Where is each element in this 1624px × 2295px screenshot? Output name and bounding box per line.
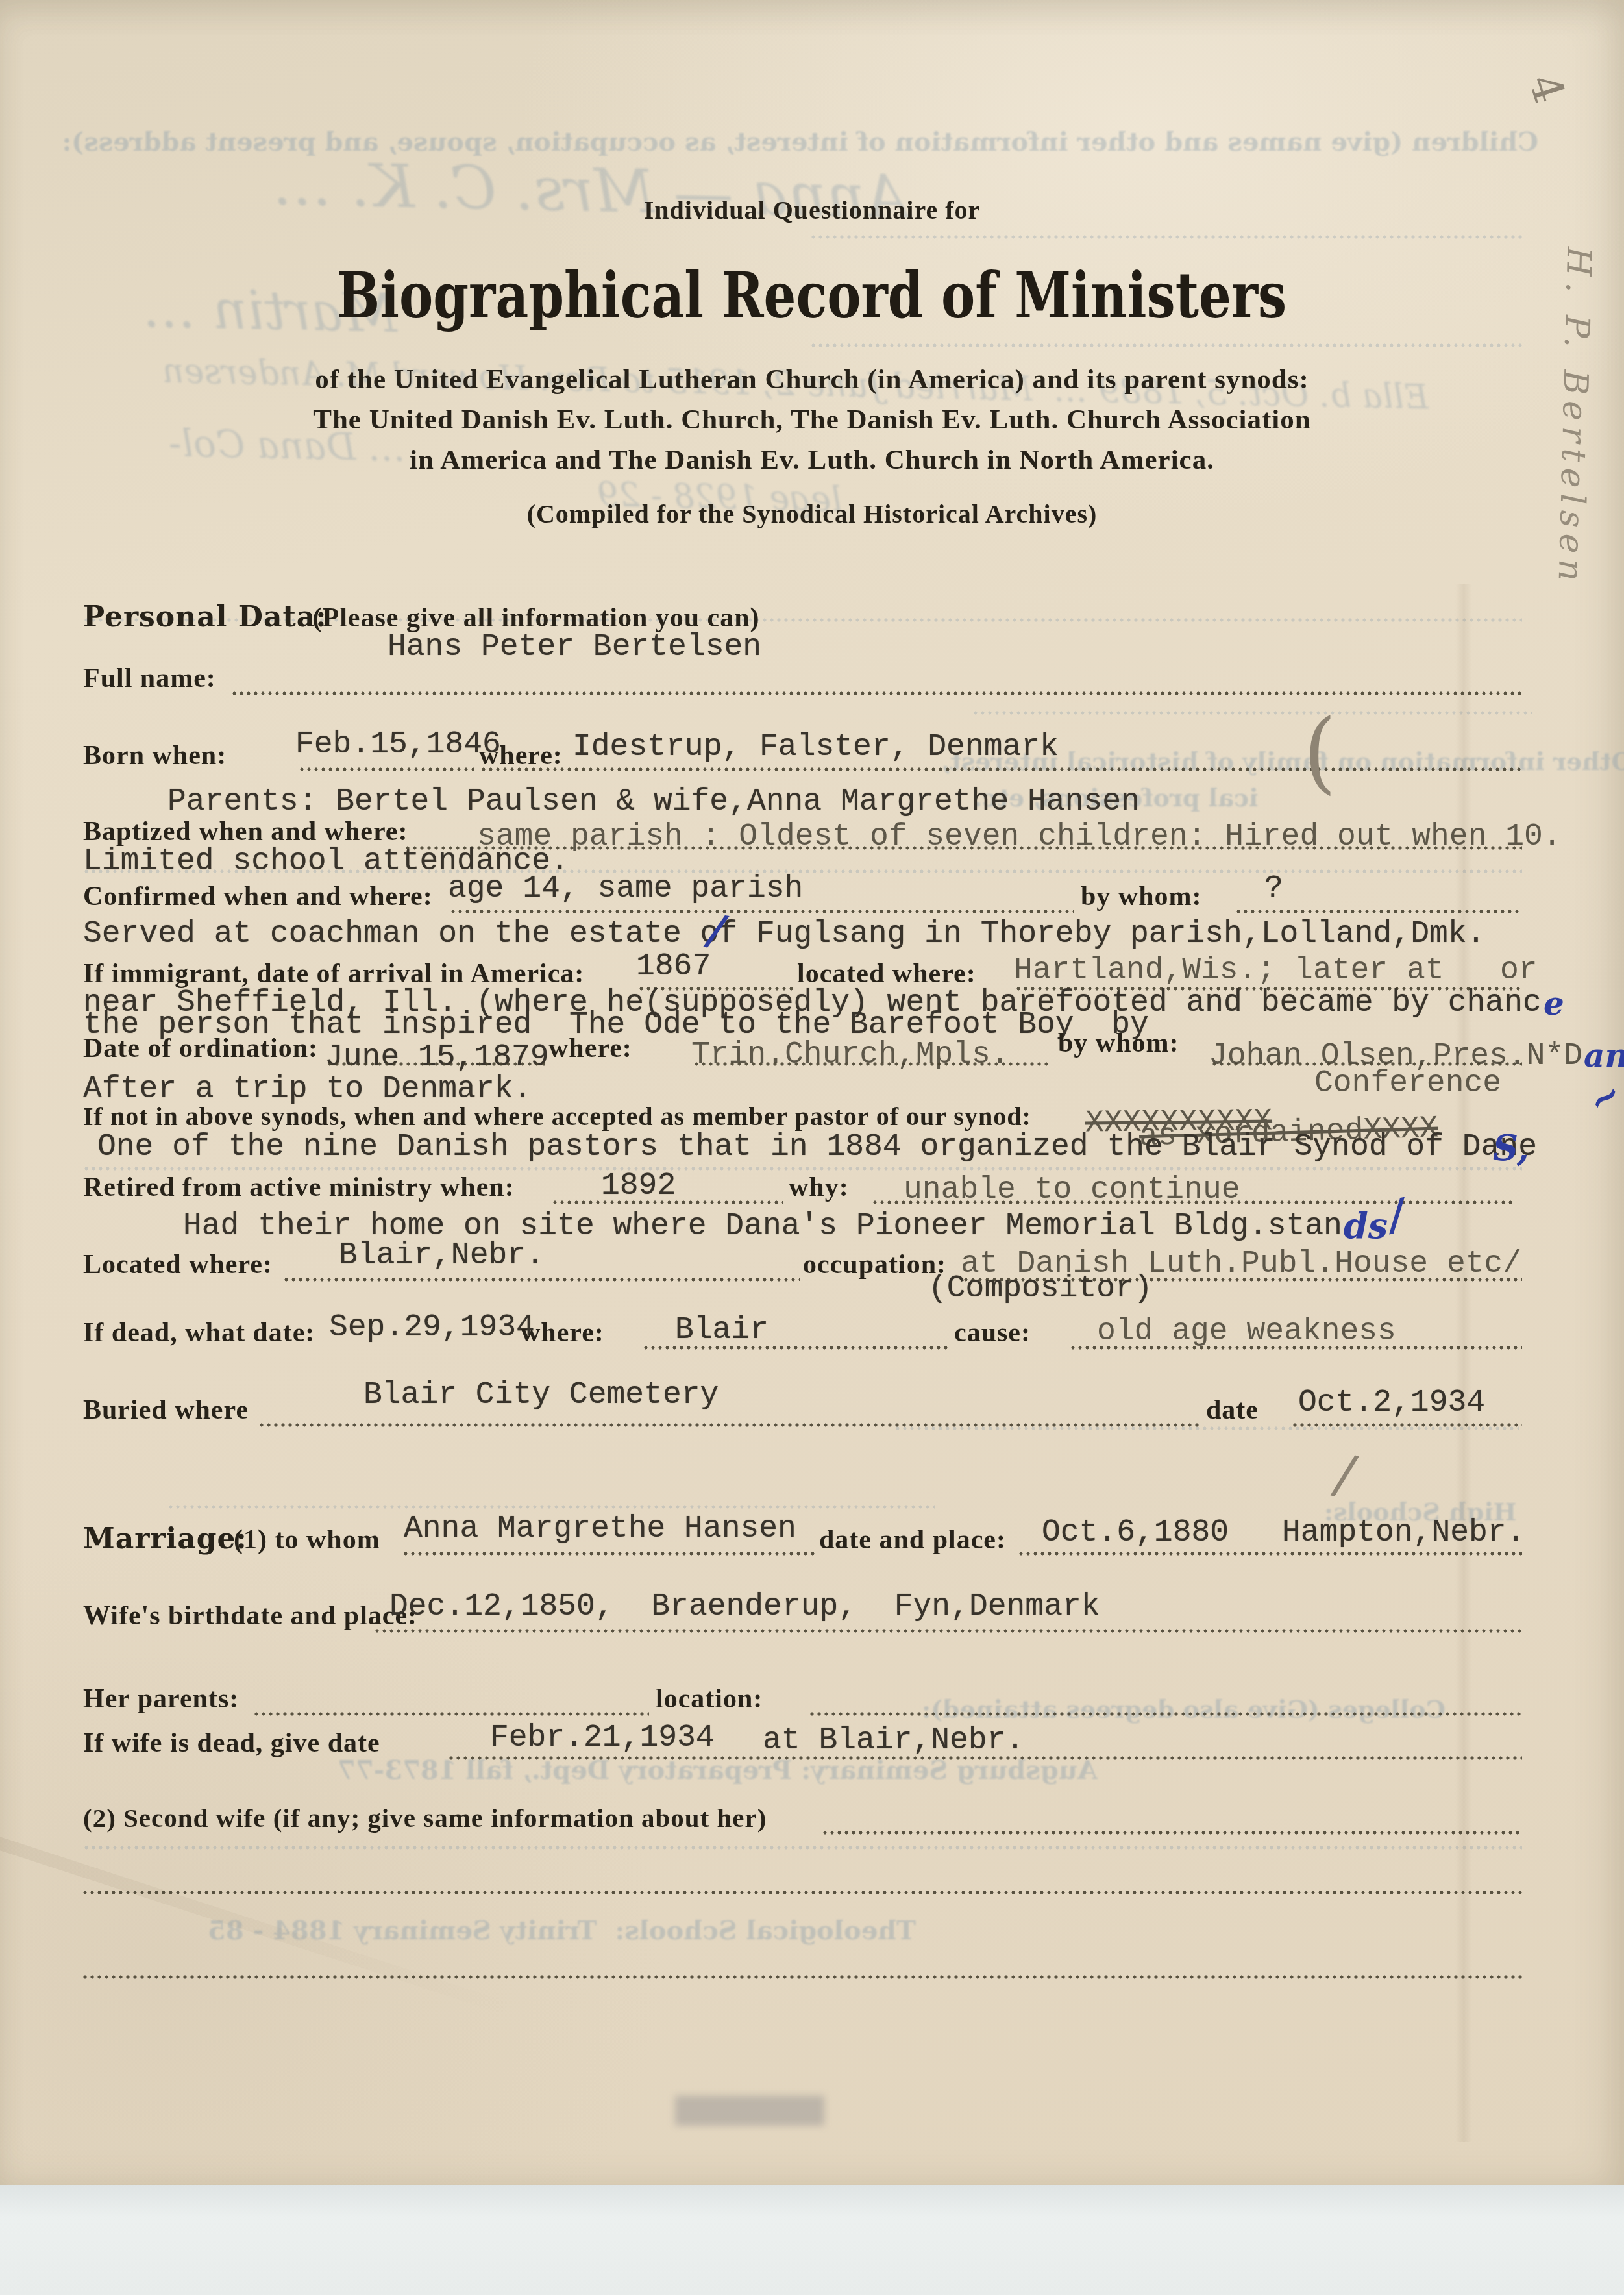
scanned-questionnaire-page: { "colors":{"paper":"#e6dbc6","print_ink… — [0, 0, 1624, 2295]
dotted-line — [300, 767, 474, 771]
blue-letters-ds: ds — [1344, 1205, 1388, 1247]
dotted-line — [260, 1423, 1201, 1427]
bleedthrough-dotted-line — [84, 1167, 1522, 1171]
dotted-line — [254, 1712, 649, 1716]
marriage-heading: Marriage: — [83, 1522, 247, 1556]
typed-immigrant-date: 1867 — [636, 949, 711, 984]
typed-death-date: Sep.29,1934 — [329, 1310, 535, 1345]
paper-sheet: Children (give names and other informati… — [0, 0, 1624, 2185]
her-parents-location-label: location: — [656, 1683, 763, 1715]
form-compiled-note: (Compiled for the Synodical Historical A… — [0, 499, 1624, 529]
dotted-line — [83, 1891, 1522, 1894]
dotted-line — [695, 1062, 1048, 1066]
typed-retired-when: 1892 — [601, 1169, 676, 1204]
typed-marriage-place: Hampton,Nebr. — [1282, 1515, 1525, 1550]
wife-birthdate-label: Wife's birthdate and place: — [83, 1600, 417, 1631]
form-subtitle-3: in America and The Danish Ev. Luth. Chur… — [0, 444, 1624, 476]
blue-check-slash: / — [1385, 1190, 1409, 1241]
buried-date-label: date — [1206, 1395, 1259, 1426]
dotted-line — [1019, 1552, 1522, 1556]
synod-label: If not in above synods, when and where a… — [83, 1101, 1031, 1132]
typed-wife-death-place: at Blair,Nebr. — [763, 1723, 1024, 1758]
blue-letter-s: S, — [1493, 1127, 1529, 1169]
typed-born-where: Idestrup, Falster, Denmark — [572, 730, 1059, 765]
retired-label: Retired from active ministry when: — [83, 1172, 515, 1203]
bleedthrough-theological: Theological Schools: Trinity Seminary 18… — [208, 1915, 916, 1946]
marriage-date-place-label: date and place: — [819, 1524, 1006, 1556]
confirmed-label: Confirmed when and where: — [83, 881, 433, 912]
typed-immigrant-located: Hartland,Wis.; later at or — [1014, 953, 1538, 988]
form-title: Biographical Record of Ministers — [337, 258, 1286, 333]
dotted-line — [451, 910, 1074, 913]
dotted-line — [83, 1975, 1522, 1979]
dotted-line — [644, 1346, 949, 1350]
born-where-label: where: — [479, 740, 563, 771]
paper-crease — [1455, 584, 1472, 2142]
typed-death-where: Blair — [675, 1313, 769, 1348]
bleedthrough-ink-smudge — [675, 2096, 824, 2126]
death-date-label: If dead, what date: — [83, 1317, 315, 1348]
occupation-label: occupation: — [803, 1249, 946, 1280]
typed-wife-death-date: Febr.21,1934 — [490, 1720, 715, 1755]
blue-squiggle-mark: ~ — [1579, 1070, 1624, 1124]
typed-marriage-date: Oct.6,1880 — [1042, 1515, 1229, 1550]
form-title-wrap: Biographical Record of Ministers — [0, 258, 1624, 333]
dotted-line — [284, 1278, 800, 1282]
form-subtitle-1: of the United Evangelical Lutheran Churc… — [0, 364, 1624, 395]
dotted-line — [232, 691, 1522, 695]
born-when-label: Born when: — [83, 740, 227, 771]
typed-born-when: Feb.15,1846 — [295, 727, 501, 762]
ordination-where-label: where: — [548, 1033, 632, 1064]
retired-why-label: why: — [789, 1172, 849, 1203]
typed-confirmed: age 14, same parish — [448, 871, 803, 906]
personal-data-heading: Personal Data: — [83, 601, 326, 634]
baptized-label: Baptized when and where: — [83, 816, 408, 847]
ordination-by-whom-label: by whom: — [1058, 1028, 1179, 1059]
pencil-page-number: 4 — [1519, 68, 1575, 110]
dotted-line — [553, 1200, 783, 1204]
dotted-line — [328, 1062, 545, 1066]
personal-data-note: (Please give all information you can) — [305, 602, 760, 634]
second-wife-label: (2) Second wife (if any; give same infor… — [83, 1802, 767, 1833]
marriage-to-whom-label: (1) to whom — [234, 1524, 380, 1556]
located-where-label: Located where: — [83, 1249, 273, 1280]
typed-wife-birthdate: Dec.12,1850, Braenderup, Fyn,Denmark — [389, 1589, 1100, 1624]
bleedthrough-dotted-line — [811, 343, 1525, 347]
immigrant-located-label: located where: — [797, 958, 976, 989]
bleedthrough-dotted-line — [811, 235, 1525, 239]
confirmed-by-whom-label: by whom: — [1081, 881, 1202, 912]
dotted-line — [404, 1552, 817, 1556]
typed-confirmed-by-whom: ? — [1264, 871, 1283, 906]
dotted-line — [1236, 910, 1522, 913]
bleedthrough-dotted-line — [974, 711, 1532, 715]
dotted-line — [873, 1200, 1516, 1204]
typed-coachman-note: Served at coachman on the estate of Fugl… — [83, 917, 1485, 952]
buried-where-label: Buried where — [83, 1395, 249, 1426]
her-parents-label: Her parents: — [83, 1683, 239, 1715]
ordination-label: Date of ordination: — [83, 1033, 318, 1064]
death-where-label: where: — [521, 1317, 604, 1348]
scanner-background-strip — [0, 2185, 1624, 2295]
dotted-line — [823, 1831, 1522, 1835]
typed-occupation-compositor: (Compositor) — [928, 1271, 1153, 1306]
dotted-line — [482, 767, 1522, 771]
typed-buried-where: Blair City Cemetery — [363, 1378, 719, 1413]
typed-buried-date: Oct.2,1934 — [1298, 1385, 1485, 1420]
immigrant-label: If immigrant, date of arrival in America… — [83, 958, 584, 989]
typed-parents-note: Parents: Bertel Paulsen & wife,Anna Marg… — [167, 784, 1140, 819]
dotted-line — [375, 1629, 1522, 1633]
form-subtitle-2: The United Danish Ev. Luth. Church, The … — [0, 404, 1624, 436]
blue-letter-e: e — [1544, 984, 1564, 1023]
bleedthrough-colleges: Colleges (Give also degrees attained): — [922, 1694, 1446, 1724]
typed-marriage-to-whom: Anna Margrethe Hansen — [404, 1511, 796, 1546]
typed-ordination-where: Trin.Church,Mpls. — [691, 1037, 1009, 1073]
dotted-line — [1293, 1423, 1522, 1427]
typed-ordination-conference: Conference — [1314, 1066, 1501, 1101]
typed-death-cause: old age weakness — [1097, 1314, 1396, 1349]
dotted-line — [406, 846, 1522, 850]
typed-blair-synod-note: One of the nine Danish pastors that in 1… — [97, 1130, 1537, 1165]
typed-located-where: Blair,Nebr. — [339, 1238, 545, 1273]
death-cause-label: cause: — [954, 1317, 1031, 1348]
wife-death-label: If wife is dead, give date — [83, 1728, 380, 1759]
full-name-label: Full name: — [83, 663, 216, 694]
pencil-paren-mark: ( — [1303, 700, 1336, 804]
bleedthrough-dotted-line — [84, 1846, 1522, 1850]
typed-full-name: Hans Peter Bertelsen — [388, 630, 761, 665]
bleedthrough-dotted-line — [169, 1505, 935, 1509]
dotted-line — [810, 1712, 1522, 1716]
typed-ordination-date: June 15,1879 — [325, 1040, 549, 1075]
dotted-line — [1071, 1346, 1522, 1350]
dotted-line — [449, 1756, 1522, 1760]
form-kicker: Individual Questionnaire for — [0, 195, 1624, 225]
blue-by-whom-suffix: an. — [1584, 1036, 1624, 1074]
